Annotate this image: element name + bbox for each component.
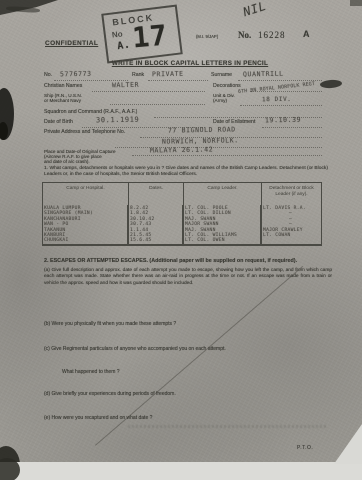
form-reference: (M.I. 9/JAP) xyxy=(196,35,218,40)
field-enlistment-value: 19.10.39 xyxy=(265,116,301,125)
table-cell: CHUNGKAI xyxy=(44,238,125,243)
serial-no-label: No. xyxy=(238,30,251,40)
camps-table-body: KUALA LUMPUR SINGAPORE (MAIN) KANCHANABU… xyxy=(42,205,320,244)
table-cell: LT. COL. OWEN xyxy=(185,238,258,243)
field-no-label: No. xyxy=(44,73,52,79)
field-dob-value: 30.1.1919 xyxy=(96,116,139,125)
field-capture-label-3: and date of a/c crash). xyxy=(44,159,90,164)
field-unit-label-2: (Army) xyxy=(213,98,227,103)
table-column-leader: LT. COL. POOLE LT. COL. DILLON MAJ. SWAN… xyxy=(182,205,260,244)
field-christian-label: Christian Names xyxy=(44,84,82,90)
table-column-camp: KUALA LUMPUR SINGAPORE (MAIN) KANCHANABU… xyxy=(42,205,127,244)
section2-heading: 2. ESCAPES OR ATTEMPTED ESCAPES. (Additi… xyxy=(44,258,334,264)
field-surname-value: QUANTRILL xyxy=(243,70,284,79)
field-address-value: 77 BIGNOLD ROAD xyxy=(168,125,236,134)
field-address-label: Private Address and Telephone No. xyxy=(44,130,125,136)
section2-question-c: (c) Give Regimental particulars of anyon… xyxy=(44,347,226,353)
paper-corner-bottom-right xyxy=(334,424,362,464)
field-decorations-label: Decorations xyxy=(213,84,241,90)
table-column-detachment: LT. DAVIS R.A. — — — MAJOR CRAWLEY LT. C… xyxy=(260,205,320,244)
pto-label: P.T.O. xyxy=(297,446,313,452)
stamp-no-label: No xyxy=(111,29,123,39)
handwritten-nil: NIL xyxy=(241,0,268,19)
field-unit-value: 6TH BN ROYAL NORFOLK REGT xyxy=(238,82,315,95)
field-ship-label-2: or Merchant Navy xyxy=(44,98,81,103)
serial-number: 16228 xyxy=(258,30,286,40)
instruction-banner: WRITE IN BLOCK CAPITAL LETTERS IN PENCIL xyxy=(50,60,330,67)
pencil-nil-slash xyxy=(95,266,303,446)
table-column-dates: 8.2.42 1.8.42 30.10.42 30.7.43 1.1.44 21… xyxy=(127,205,182,244)
field-rank-label: Rank xyxy=(132,73,144,79)
field-no-value: 5776773 xyxy=(60,70,92,79)
serial-suffix: A xyxy=(303,29,310,39)
decorations-smudge xyxy=(320,79,343,89)
section2-question-c2: What happened to them ? xyxy=(62,370,120,376)
stamp-handwritten-number: 17 xyxy=(131,19,169,55)
field-dob-label: Date of Birth xyxy=(44,120,73,126)
faint-illegible-text-line xyxy=(128,425,326,428)
confidential-label: CONFIDENTIAL xyxy=(45,40,98,47)
edge-nick-top-right xyxy=(350,0,362,6)
field-capture-value: MALAYA 26.1.42 xyxy=(150,145,213,154)
table-cell: LT. COWAN xyxy=(263,233,318,238)
field-address-value-2: NORWICH, NORFOLK. xyxy=(162,136,239,145)
block-number-stamp: BLOCK No A. 17 xyxy=(101,5,183,64)
section2-question-b: (b) Were you physically fit when you mad… xyxy=(44,322,176,328)
table-cell: 15.6.45 xyxy=(130,238,180,243)
scanned-pow-form-page: BLOCK No A. 17 NIL CONFIDENTIAL (M.I. 9/… xyxy=(0,0,362,480)
field-christian-value: WALTER xyxy=(112,81,139,89)
section1-question: 1. What camps, detachments or hospitals … xyxy=(44,166,328,179)
stamp-handwritten-letter: A. xyxy=(117,39,132,52)
field-surname-label: Surname xyxy=(211,73,232,79)
section2-question-e: (e) How were you recaptured and on what … xyxy=(44,416,152,422)
field-unit-value-2: 18 DIV. xyxy=(262,96,292,104)
field-rank-value: PRIVATE xyxy=(152,70,184,79)
scan-background-bottom xyxy=(0,462,362,480)
